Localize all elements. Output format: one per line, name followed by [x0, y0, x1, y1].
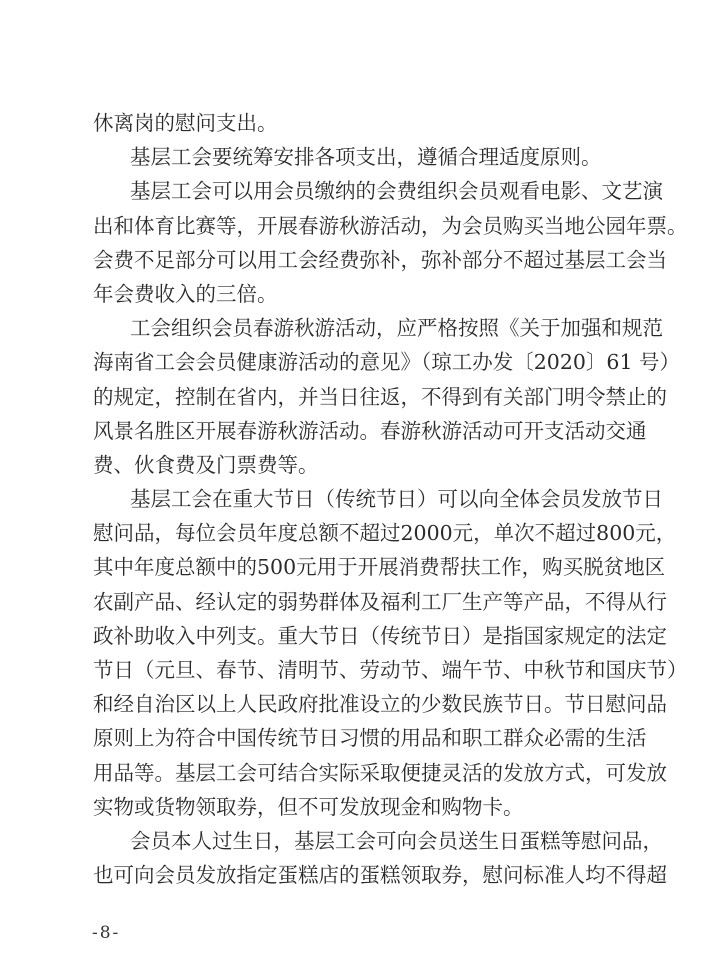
paragraph-line: 会员本人过生日，基层工会可向会员送生日蛋糕等慰问品， [93, 824, 627, 858]
paragraph-line: 的规定，控制在省内，并当日往返，不得到有关部门明令禁止的 [93, 380, 627, 414]
paragraph-line: 年会费收入的三倍。 [93, 277, 627, 311]
paragraph-line: 费、伙食费及门票费等。 [93, 448, 627, 482]
paragraph-line: 农副产品、经认定的弱势群体及福利工厂生产等产品，不得从行 [93, 585, 627, 619]
paragraph-line: 休离岗的慰问支出。 [93, 106, 627, 140]
document-page: 休离岗的慰问支出。 基层工会要统筹安排各项支出，遵循合理适度原则。 基层工会可以… [0, 0, 720, 978]
paragraph-line: 会费不足部分可以用工会经费弥补，弥补部分不超过基层工会当 [93, 243, 627, 277]
paragraph-line: 工会组织会员春游秋游活动，应严格按照《关于加强和规范 [93, 311, 627, 345]
paragraph-line: 也可向会员发放指定蛋糕店的蛋糕领取券，慰问标准人均不得超 [93, 858, 627, 892]
paragraph-line: 基层工会要统筹安排各项支出，遵循合理适度原则。 [93, 140, 627, 174]
paragraph-line: 慰问品，每位会员年度总额不超过2000元，单次不超过800元， [93, 516, 627, 550]
page-number: -8- [92, 922, 120, 944]
paragraph-line: 节日（元旦、春节、清明节、劳动节、端午节、中秋节和国庆节） [93, 653, 627, 687]
paragraph-line: 基层工会可以用会员缴纳的会费组织会员观看电影、文艺演 [93, 174, 627, 208]
paragraph-line: 原则上为符合中国传统节日习惯的用品和职工群众必需的生活 [93, 721, 627, 755]
paragraph-line: 和经自治区以上人民政府批准设立的少数民族节日。节日慰问品 [93, 687, 627, 721]
paragraph-line: 基层工会在重大节日（传统节日）可以向全体会员发放节日 [93, 482, 627, 516]
paragraph-line: 出和体育比赛等，开展春游秋游活动，为会员购买当地公园年票。 [93, 209, 627, 243]
paragraph-line: 政补助收入中列支。重大节日（传统节日）是指国家规定的法定 [93, 619, 627, 653]
paragraph-line: 其中年度总额中的500元用于开展消费帮扶工作，购买脱贫地区 [93, 550, 627, 584]
paragraph-line: 用品等。基层工会可结合实际采取便捷灵活的发放方式，可发放 [93, 756, 627, 790]
paragraph-line: 实物或货物领取券，但不可发放现金和购物卡。 [93, 790, 627, 824]
paragraph-line: 海南省工会会员健康游活动的意见》（琼工办发〔2020〕61 号） [93, 345, 627, 379]
document-body: 休离岗的慰问支出。 基层工会要统筹安排各项支出，遵循合理适度原则。 基层工会可以… [93, 106, 627, 892]
paragraph-line: 风景名胜区开展春游秋游活动。春游秋游活动可开支活动交通 [93, 414, 627, 448]
